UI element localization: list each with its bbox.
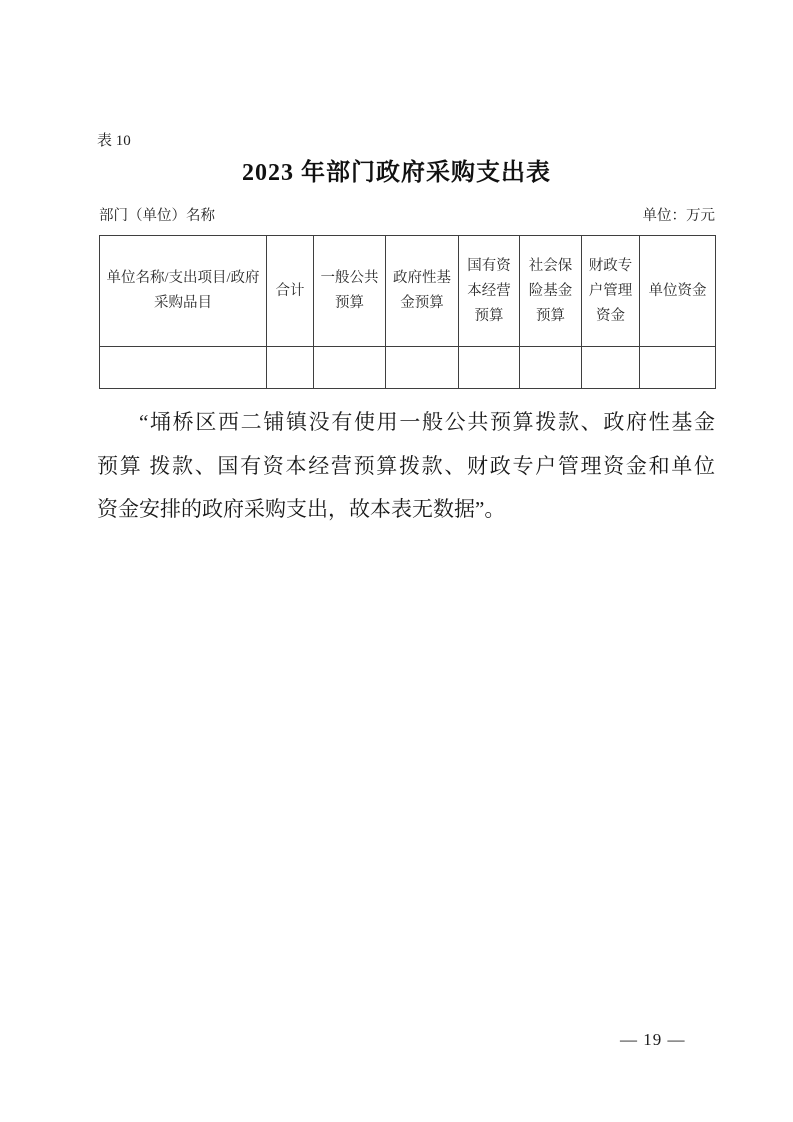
no-data-explanation-paragraph: “埇桥区西二铺镇没有使用一般公共预算拨款、政府性基金 预算 拨款、国有资本经营预… bbox=[97, 401, 715, 532]
note-line-3: 资金安排的政府采购支出，故本表无数据”。 bbox=[97, 488, 715, 532]
unit-label: 单位：万元 bbox=[643, 206, 716, 226]
empty-cell bbox=[582, 347, 640, 389]
table-empty-data-row bbox=[100, 347, 716, 389]
note-line-2: 预算 拨款、国有资本经营预算拨款、财政专户管理资金和单位 bbox=[97, 445, 715, 489]
column-header-item-name: 单位名称/支出项目/政府采购品目 bbox=[100, 236, 267, 347]
department-name-label: 部门（单位）名称 bbox=[99, 206, 215, 226]
empty-cell bbox=[520, 347, 582, 389]
page-title: 2023 年部门政府采购支出表 bbox=[0, 156, 793, 190]
procurement-expenditure-table: 单位名称/支出项目/政府采购品目 合计 一般公共预算 政府性基金预算 国有资本经… bbox=[99, 235, 716, 389]
column-header-social-insurance-budget: 社会保险基金预算 bbox=[520, 236, 582, 347]
column-header-government-fund-budget: 政府性基金预算 bbox=[386, 236, 459, 347]
column-header-total: 合计 bbox=[267, 236, 314, 347]
document-page: 表 10 2023 年部门政府采购支出表 部门（单位）名称 单位：万元 单位名称… bbox=[0, 0, 793, 1122]
empty-cell bbox=[640, 347, 716, 389]
empty-cell bbox=[267, 347, 314, 389]
empty-cell bbox=[386, 347, 459, 389]
empty-cell bbox=[314, 347, 386, 389]
empty-cell bbox=[459, 347, 520, 389]
table-meta-row: 部门（单位）名称 单位：万元 bbox=[99, 206, 715, 226]
column-header-fiscal-special-account: 财政专户管理资金 bbox=[582, 236, 640, 347]
note-line-1: “埇桥区西二铺镇没有使用一般公共预算拨款、政府性基金 bbox=[97, 401, 715, 445]
table-number-label: 表 10 bbox=[97, 131, 131, 151]
column-header-general-public-budget: 一般公共预算 bbox=[314, 236, 386, 347]
column-header-state-capital-budget: 国有资本经营预算 bbox=[459, 236, 520, 347]
column-header-unit-funds: 单位资金 bbox=[640, 236, 716, 347]
page-number: — 19 — bbox=[620, 1029, 686, 1051]
table-header-row: 单位名称/支出项目/政府采购品目 合计 一般公共预算 政府性基金预算 国有资本经… bbox=[100, 236, 716, 347]
empty-cell bbox=[100, 347, 267, 389]
